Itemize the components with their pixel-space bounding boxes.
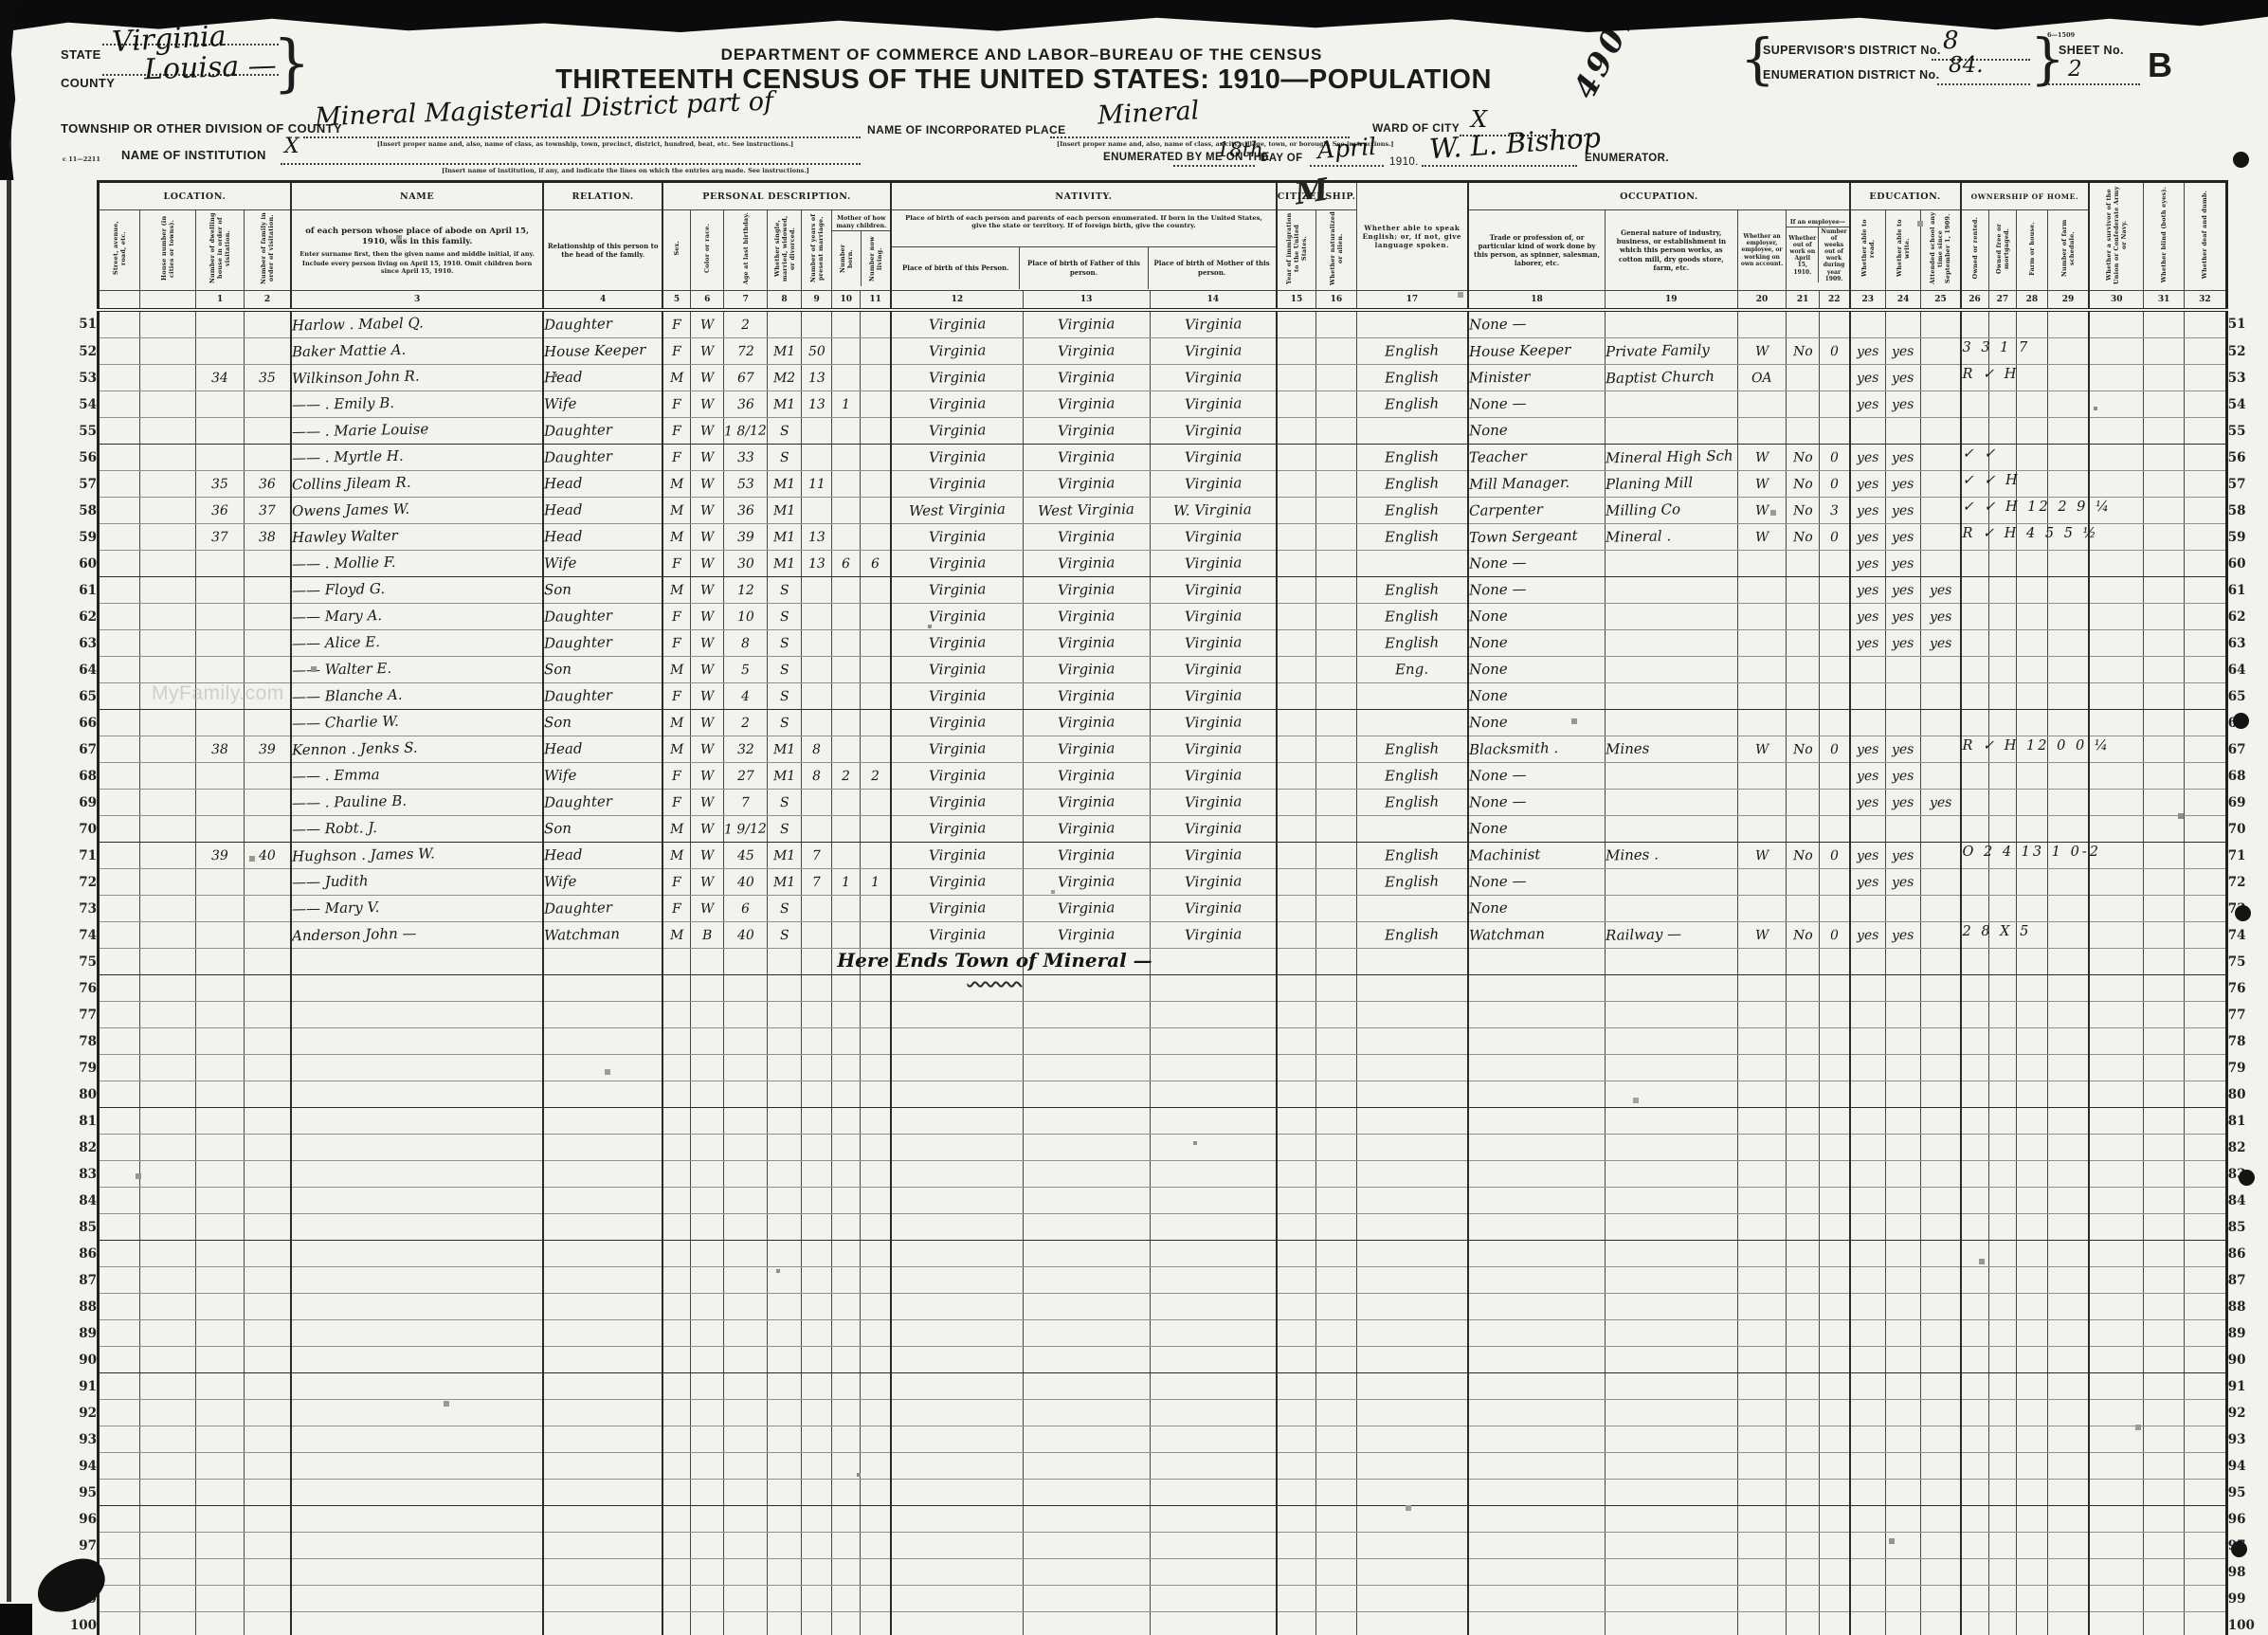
cell-mort (1988, 1400, 2017, 1426)
cell-rd (1850, 1559, 1886, 1586)
ownership-note: ✓ ✓ H 12 2 9 ¼ (1963, 500, 2113, 515)
cell-eng (1356, 1612, 1468, 1635)
cell-wks (1819, 365, 1849, 391)
cell-name: —— Mary V. (291, 896, 544, 922)
cell-wr (1885, 1506, 1921, 1533)
cell-rd (1850, 1028, 1886, 1055)
cell-sex (662, 1480, 691, 1506)
cell-wr (1885, 1241, 1921, 1267)
cell-eng (1356, 1161, 1468, 1188)
table-row: 63—— Alice E.DaughterFW8SVirginiaVirgini… (55, 630, 2268, 657)
cell-age: 32 (724, 736, 768, 763)
handwritten-entry: Wife (544, 554, 577, 572)
cell-surv (2089, 418, 2144, 445)
cell-mar: M1 (768, 524, 802, 551)
cell-bpf: Virginia (1023, 418, 1150, 445)
cell-name: Harlow . Mabel Q. (291, 310, 544, 338)
cell-bpm (1150, 1480, 1277, 1506)
cell-fam (245, 1506, 291, 1533)
cell-trade (1468, 1055, 1605, 1081)
cell-bpf (1023, 1267, 1150, 1294)
cell-emp (1737, 657, 1787, 683)
row-number-right: 92 (2226, 1400, 2268, 1426)
table-row: 100100 (55, 1612, 2268, 1635)
cell-sex (662, 1214, 691, 1241)
cell-bpm: Virginia (1150, 790, 1277, 816)
cell-name: —— Judith (291, 869, 544, 896)
cell-bpf (1023, 1506, 1150, 1533)
cell-own (1961, 1426, 1989, 1453)
cell-wr: yes (1885, 843, 1921, 869)
cell-own (1961, 1161, 1989, 1188)
cell-age: 30 (724, 551, 768, 577)
cell-sex (662, 1002, 691, 1028)
cell-eng: English (1356, 471, 1468, 498)
table-row: 68—— . EmmaWifeFW27M1822VirginiaVirginia… (55, 763, 2268, 790)
cell-nat (1316, 1188, 1356, 1214)
cell-dw (195, 604, 244, 630)
cell-bp: Virginia (891, 524, 1023, 551)
cell-age: 53 (724, 471, 768, 498)
row-number-left: 57 (55, 471, 99, 498)
column-number: 8 (768, 291, 802, 311)
cell-house (140, 1267, 196, 1294)
cell-liv (861, 1002, 892, 1028)
cell-own (1961, 1214, 1989, 1241)
cell-age: 6 (724, 896, 768, 922)
cell-mar (768, 1028, 802, 1055)
cell-ind (1605, 1002, 1737, 1028)
cell-rel: Wife (543, 551, 662, 577)
handwritten-entry: —— Charlie W. (292, 713, 399, 732)
cell-sex (662, 1506, 691, 1533)
cell-emp: W (1737, 843, 1787, 869)
handwritten-entry: Anderson John — (292, 925, 417, 945)
handwritten-entry: Virginia (1184, 819, 1242, 837)
handwritten-entry: Virginia (1184, 792, 1242, 810)
cell-ind (1605, 763, 1737, 790)
cell-name (291, 1108, 544, 1135)
cell-own (1961, 896, 1989, 922)
cell-own: ✓ ✓ (1961, 445, 1989, 471)
cell-imm (1277, 1108, 1316, 1135)
cell-nat (1316, 524, 1356, 551)
row-number-left: 91 (55, 1373, 99, 1400)
cell-sch (1921, 338, 1961, 365)
cell-fam (245, 949, 291, 975)
cell-surv (2089, 1108, 2144, 1135)
row-number-left: 61 (55, 577, 99, 604)
handwritten-entry: F (672, 609, 681, 624)
column-number: 13 (1023, 291, 1150, 311)
cell-trade: None — (1468, 790, 1605, 816)
handwritten-entry: OA (1751, 370, 1772, 385)
cell-sched (2047, 1214, 2089, 1241)
cell-wr: yes (1885, 338, 1921, 365)
cell-imm (1277, 1347, 1316, 1373)
cell-street (99, 1453, 140, 1480)
handwritten-entry: English (1385, 368, 1440, 386)
group-relation: RELATION. (543, 182, 662, 210)
cell-bp (891, 1480, 1023, 1506)
cell-trade (1468, 1214, 1605, 1241)
col-read: Whether able to read. (1850, 210, 1886, 291)
handwritten-entry: Private Family (1606, 341, 1710, 360)
cell-color: W (691, 365, 724, 391)
cell-sched (2047, 1188, 2089, 1214)
cell-color: W (691, 471, 724, 498)
cell-bpm: Virginia (1150, 604, 1277, 630)
cell-rd: yes (1850, 338, 1886, 365)
enumerator-label: ENUMERATOR. (1585, 153, 1669, 164)
cell-emp (1737, 391, 1787, 418)
cell-wr: yes (1885, 922, 1921, 949)
cell-nat (1316, 736, 1356, 763)
handwritten-entry: yes (1857, 555, 1879, 571)
column-number: 29 (2047, 291, 2089, 311)
cell-sex: F (662, 896, 691, 922)
cell-mort (1988, 816, 2017, 843)
cell-fh (2017, 1241, 2047, 1267)
handwritten-entry: No (1793, 741, 1813, 756)
cell-bpf (1023, 1480, 1150, 1506)
cell-sex (662, 1055, 691, 1081)
handwritten-entry: None (1469, 714, 1508, 732)
col-blind: Whether blind (both eyes). (2144, 182, 2185, 291)
cell-wks (1819, 683, 1849, 710)
cell-wr: yes (1885, 391, 1921, 418)
cell-wr (1885, 975, 1921, 1002)
cell-wr: yes (1885, 763, 1921, 790)
cell-ow (1787, 1108, 1820, 1135)
cell-wks (1819, 1028, 1849, 1055)
handwritten-entry: W (700, 449, 715, 464)
cell-wks: 0 (1819, 736, 1849, 763)
cell-liv (861, 657, 892, 683)
cell-trade: Watchman (1468, 922, 1605, 949)
cell-nat (1316, 1533, 1356, 1559)
cell-ind (1605, 1320, 1737, 1347)
handwritten-entry: Virginia (929, 925, 987, 943)
handwritten-entry: Daughter (544, 633, 612, 652)
cell-mar: S (768, 630, 802, 657)
cell-emp (1737, 577, 1787, 604)
cell-nat (1316, 949, 1356, 975)
cell-wks: 3 (1819, 498, 1849, 524)
handwritten-entry: Virginia (1058, 341, 1116, 359)
handwritten-entry: Virginia (929, 554, 987, 572)
cell-sch (1921, 1559, 1961, 1586)
row-number-left: 64 (55, 657, 99, 683)
cell-surv (2089, 1161, 2144, 1188)
cell-name (291, 1267, 544, 1294)
cell-dw (195, 1055, 244, 1081)
cell-fh (2017, 1267, 2047, 1294)
cell-age (724, 1480, 768, 1506)
handwritten-entry: W (700, 370, 715, 385)
handwritten-entry: M (670, 741, 684, 756)
table-row: 583637Owens James W.HeadMW36M1West Virgi… (55, 498, 2268, 524)
punch-hole (2235, 905, 2251, 921)
cell-deaf (2185, 869, 2227, 896)
cell-liv (861, 843, 892, 869)
cell-ind: Mines . (1605, 843, 1737, 869)
cell-sex: M (662, 710, 691, 736)
handwritten-entry: Virginia (929, 713, 987, 731)
cell-sch (1921, 391, 1961, 418)
row-number-left: 51 (55, 310, 99, 338)
cell-eng: English (1356, 524, 1468, 551)
cell-blind (2144, 338, 2185, 365)
handwritten-entry: F (672, 396, 681, 411)
handwritten-entry: No (1793, 502, 1813, 518)
cell-wr: yes (1885, 630, 1921, 657)
cell-mort (1988, 1267, 2017, 1294)
cell-imm (1277, 710, 1316, 736)
cell-rel: House Keeper (543, 338, 662, 365)
cell-trade: Blacksmith . (1468, 736, 1605, 763)
cell-mort (1988, 1586, 2017, 1612)
place-label: NAME OF INCORPORATED PLACE (867, 123, 1066, 136)
handwritten-entry: Virginia (1184, 421, 1242, 439)
cell-sch (1921, 949, 1961, 975)
cell-dw: 39 (195, 843, 244, 869)
cell-bpf: Virginia (1023, 710, 1150, 736)
cell-wks (1819, 577, 1849, 604)
cell-wr: yes (1885, 790, 1921, 816)
cell-fh (2017, 391, 2047, 418)
cell-sex (662, 1347, 691, 1373)
cell-wr (1885, 1267, 1921, 1294)
cell-surv (2089, 1453, 2144, 1480)
handwritten-entry: English (1385, 925, 1440, 943)
handwritten-entry: Virginia (1058, 421, 1116, 439)
cell-dw (195, 763, 244, 790)
cell-emp: W (1737, 471, 1787, 498)
cell-street (99, 310, 140, 338)
row-number-right: 61 (2226, 577, 2268, 604)
cell-house (140, 790, 196, 816)
cell-dw (195, 1188, 244, 1214)
cell-house (140, 1294, 196, 1320)
handwritten-entry: yes (1857, 847, 1879, 863)
cell-emp (1737, 1028, 1787, 1055)
cell-mar: S (768, 418, 802, 445)
cell-sex (662, 1373, 691, 1400)
cell-mort (1988, 1347, 2017, 1373)
cell-blind (2144, 630, 2185, 657)
cell-wks (1819, 1347, 1849, 1373)
cell-nat (1316, 310, 1356, 338)
handwritten-entry: yes (1930, 794, 1952, 809)
column-number: 17 (1356, 291, 1468, 311)
handwritten-entry: Son (544, 661, 572, 679)
cell-mort (1988, 1373, 2017, 1400)
cell-bpm (1150, 1559, 1277, 1586)
cell-liv (861, 1214, 892, 1241)
cell-yrs (801, 1081, 832, 1108)
handwritten-entry: English (1385, 792, 1440, 810)
handwritten-entry: 0 (1830, 741, 1839, 756)
cell-wr (1885, 710, 1921, 736)
cell-rd (1850, 1426, 1886, 1453)
cell-rd (1850, 896, 1886, 922)
cell-sex: M (662, 922, 691, 949)
cell-eng: English (1356, 763, 1468, 790)
cell-bpf: Virginia (1023, 896, 1150, 922)
cell-rd: yes (1850, 524, 1886, 551)
cell-deaf (2185, 1241, 2227, 1267)
cell-deaf (2185, 710, 2227, 736)
cell-eng (1356, 1294, 1468, 1320)
cell-nat (1316, 498, 1356, 524)
cell-age: 36 (724, 391, 768, 418)
cell-wks (1819, 763, 1849, 790)
cell-born (832, 1453, 861, 1480)
cell-sch (1921, 657, 1961, 683)
row-number-right: 88 (2226, 1294, 2268, 1320)
cell-trade (1468, 1586, 1605, 1612)
cell-rel (543, 1533, 662, 1559)
handwritten-entry: Virginia (1058, 474, 1116, 492)
cell-nat (1316, 1373, 1356, 1400)
row-number-left: 88 (55, 1294, 99, 1320)
handwritten-entry: English (1385, 739, 1440, 757)
cell-emp (1737, 949, 1787, 975)
cell-own (1961, 1453, 1989, 1480)
handwritten-entry: M1 (773, 343, 796, 358)
cell-name: —— . Emma (291, 763, 544, 790)
cell-own (1961, 1506, 1989, 1533)
cell-street (99, 1320, 140, 1347)
cell-liv (861, 1161, 892, 1188)
cell-nat (1316, 869, 1356, 896)
cell-color: W (691, 816, 724, 843)
cell-color: B (691, 922, 724, 949)
cell-sch: yes (1921, 604, 1961, 630)
cell-imm (1277, 524, 1316, 551)
cell-wks: 0 (1819, 445, 1849, 471)
cell-bp: Virginia (891, 657, 1023, 683)
punch-hole (2233, 152, 2249, 168)
cell-yrs (801, 445, 832, 471)
cell-imm (1277, 1426, 1316, 1453)
cell-surv (2089, 1294, 2144, 1320)
cell-mar (768, 1586, 802, 1612)
cell-sex: M (662, 365, 691, 391)
cell-liv (861, 1081, 892, 1108)
cell-sch (1921, 551, 1961, 577)
cell-sch (1921, 1373, 1961, 1400)
column-number: 30 (2089, 291, 2144, 311)
row-number-left: 72 (55, 869, 99, 896)
cell-rel (543, 1135, 662, 1161)
cell-born (832, 1586, 861, 1612)
cell-emp (1737, 1135, 1787, 1161)
cell-ind: Mineral . (1605, 524, 1737, 551)
cell-deaf (2185, 1612, 2227, 1635)
handwritten-entry: yes (1892, 609, 1914, 624)
cell-surv (2089, 683, 2144, 710)
cell-fh (2017, 1002, 2047, 1028)
cell-blind (2144, 577, 2185, 604)
cell-fam (245, 896, 291, 922)
cell-house (140, 1347, 196, 1373)
cell-deaf (2185, 577, 2227, 604)
cell-color: W (691, 524, 724, 551)
state-label: STATE (61, 47, 101, 62)
row-number-left: 60 (55, 551, 99, 577)
cell-emp (1737, 1586, 1787, 1612)
cell-nat (1316, 577, 1356, 604)
cell-emp (1737, 418, 1787, 445)
table-row: 70—— Robt. J.SonMW1 9/12SVirginiaVirgini… (55, 816, 2268, 843)
cell-blind (2144, 551, 2185, 577)
handwritten-entry: W (700, 635, 715, 650)
cell-sex (662, 1559, 691, 1586)
handwritten-entry: Hawley Walter (292, 527, 398, 546)
cell-nat (1316, 1426, 1356, 1453)
cell-surv (2089, 896, 2144, 922)
cell-trade (1468, 1612, 1605, 1635)
cell-fh (2017, 657, 2047, 683)
cell-born (832, 1559, 861, 1586)
cell-ind (1605, 604, 1737, 630)
handwritten-entry: S (780, 582, 789, 597)
cell-mort (1988, 1161, 2017, 1188)
cell-rel (543, 1108, 662, 1135)
cell-born (832, 1028, 861, 1055)
cell-blind (2144, 1241, 2185, 1267)
cell-fam (245, 869, 291, 896)
cell-ow (1787, 896, 1820, 922)
cell-name (291, 1135, 544, 1161)
cell-sex (662, 1028, 691, 1055)
handwritten-entry: Son (544, 581, 572, 599)
cell-ow: No (1787, 498, 1820, 524)
cell-dw: 35 (195, 471, 244, 498)
cell-nat (1316, 657, 1356, 683)
cell-name (291, 1320, 544, 1347)
cell-name (291, 1347, 544, 1373)
cell-deaf (2185, 1347, 2227, 1373)
column-number: 18 (1468, 291, 1605, 311)
cell-rel (543, 1241, 662, 1267)
sheet-letter: B (2148, 45, 2172, 85)
cell-name: Anderson John — (291, 922, 544, 949)
table-row: 72—— JudithWifeFW40M1711VirginiaVirginia… (55, 869, 2268, 896)
cell-emp (1737, 1400, 1787, 1426)
handwritten-entry: Virginia (1058, 527, 1116, 545)
handwritten-entry: M1 (773, 502, 796, 518)
cell-liv (861, 338, 892, 365)
cell-born: 1 (832, 869, 861, 896)
cell-trade (1468, 949, 1605, 975)
cell-wks (1819, 1612, 1849, 1635)
cell-liv (861, 524, 892, 551)
cell-yrs: 8 (801, 736, 832, 763)
handwritten-entry: House Keeper (544, 341, 646, 360)
cell-mar: M1 (768, 498, 802, 524)
handwritten-entry: 45 (737, 847, 754, 863)
cell-house (140, 1002, 196, 1028)
cell-color (691, 1241, 724, 1267)
cell-blind (2144, 896, 2185, 922)
handwritten-entry: English (1385, 607, 1440, 625)
row-number-left: 53 (55, 365, 99, 391)
handwritten-entry: W (700, 555, 715, 571)
cell-mar: M1 (768, 736, 802, 763)
